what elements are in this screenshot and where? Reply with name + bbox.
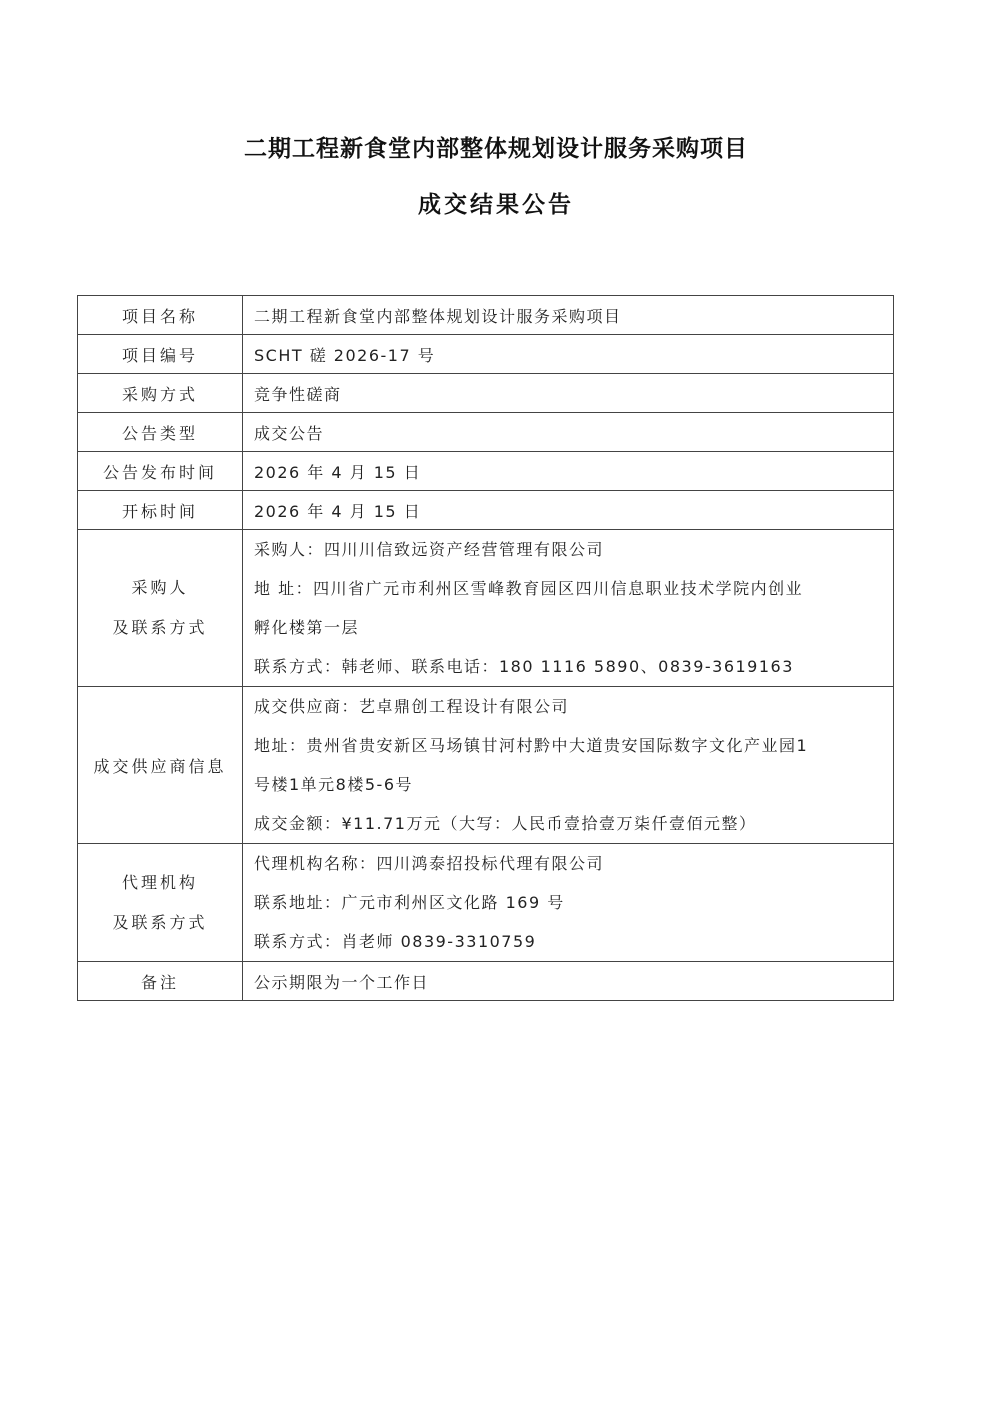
table-row-remark: 备注 公示期限为一个工作日 <box>78 962 894 1001</box>
supplier-name: 成交供应商：艺卓鼎创工程设计有限公司 <box>254 687 893 726</box>
agency-address: 联系地址：广元市利州区文化路 169 号 <box>254 883 893 922</box>
purchaser-contact: 联系方式：韩老师、联系电话：180 1116 5890、0839-3619163 <box>254 647 893 686</box>
agency-contact: 联系方式：肖老师 0839-3310759 <box>254 922 893 961</box>
agency-label-line1: 代理机构 <box>78 863 242 903</box>
document-title: 二期工程新食堂内部整体规划设计服务采购项目 <box>0 130 992 163</box>
row-value: 2026 年 4 月 15 日 <box>243 452 894 491</box>
supplier-address: 地址：贵州省贵安新区马场镇甘河村黔中大道贵安国际数字文化产业园1 <box>254 726 893 765</box>
row-label: 代理机构 及联系方式 <box>78 844 243 962</box>
agency-label-line2: 及联系方式 <box>78 903 242 943</box>
table-row-procurement-method: 采购方式 竞争性磋商 <box>78 374 894 413</box>
announcement-table: 项目名称 二期工程新食堂内部整体规划设计服务采购项目 项目编号 SCHT 磋 2… <box>77 295 894 1001</box>
purchaser-address-cont: 孵化楼第一层 <box>254 608 893 647</box>
table-row-announcement-type: 公告类型 成交公告 <box>78 413 894 452</box>
row-label: 项目名称 <box>78 296 243 335</box>
table-row-purchaser: 采购人 及联系方式 采购人：四川川信致远资产经营管理有限公司 地 址：四川省广元… <box>78 530 894 687</box>
row-label: 公告发布时间 <box>78 452 243 491</box>
table-row-project-name: 项目名称 二期工程新食堂内部整体规划设计服务采购项目 <box>78 296 894 335</box>
purchaser-address: 地 址：四川省广元市利州区雪峰教育园区四川信息职业技术学院内创业 <box>254 569 893 608</box>
row-value: SCHT 磋 2026-17 号 <box>243 335 894 374</box>
row-value: 公示期限为一个工作日 <box>243 962 894 1001</box>
document-subtitle: 成交结果公告 <box>0 186 992 219</box>
supplier-address-cont: 号楼1单元8楼5-6号 <box>254 765 893 804</box>
table-row-opening-time: 开标时间 2026 年 4 月 15 日 <box>78 491 894 530</box>
table-row-publish-time: 公告发布时间 2026 年 4 月 15 日 <box>78 452 894 491</box>
row-value: 竞争性磋商 <box>243 374 894 413</box>
row-label: 项目编号 <box>78 335 243 374</box>
row-label: 开标时间 <box>78 491 243 530</box>
supplier-info: 成交供应商：艺卓鼎创工程设计有限公司 地址：贵州省贵安新区马场镇甘河村黔中大道贵… <box>243 687 894 844</box>
row-label: 公告类型 <box>78 413 243 452</box>
row-value: 2026 年 4 月 15 日 <box>243 491 894 530</box>
purchaser-info: 采购人：四川川信致远资产经营管理有限公司 地 址：四川省广元市利州区雪峰教育园区… <box>243 530 894 687</box>
row-label: 采购方式 <box>78 374 243 413</box>
row-value: 二期工程新食堂内部整体规划设计服务采购项目 <box>243 296 894 335</box>
row-value: 成交公告 <box>243 413 894 452</box>
row-label: 采购人 及联系方式 <box>78 530 243 687</box>
purchaser-label-line1: 采购人 <box>78 568 242 608</box>
agency-info: 代理机构名称：四川鸿泰招投标代理有限公司 联系地址：广元市利州区文化路 169 … <box>243 844 894 962</box>
row-label: 备注 <box>78 962 243 1001</box>
supplier-amount: 成交金额：¥11.71万元（大写：人民币壹拾壹万柒仟壹佰元整） <box>254 804 893 843</box>
table-row-supplier: 成交供应商信息 成交供应商：艺卓鼎创工程设计有限公司 地址：贵州省贵安新区马场镇… <box>78 687 894 844</box>
purchaser-label-line2: 及联系方式 <box>78 608 242 648</box>
purchaser-name: 采购人：四川川信致远资产经营管理有限公司 <box>254 530 893 569</box>
row-label: 成交供应商信息 <box>78 687 243 844</box>
table-row-agency: 代理机构 及联系方式 代理机构名称：四川鸿泰招投标代理有限公司 联系地址：广元市… <box>78 844 894 962</box>
table-row-project-number: 项目编号 SCHT 磋 2026-17 号 <box>78 335 894 374</box>
agency-name: 代理机构名称：四川鸿泰招投标代理有限公司 <box>254 844 893 883</box>
